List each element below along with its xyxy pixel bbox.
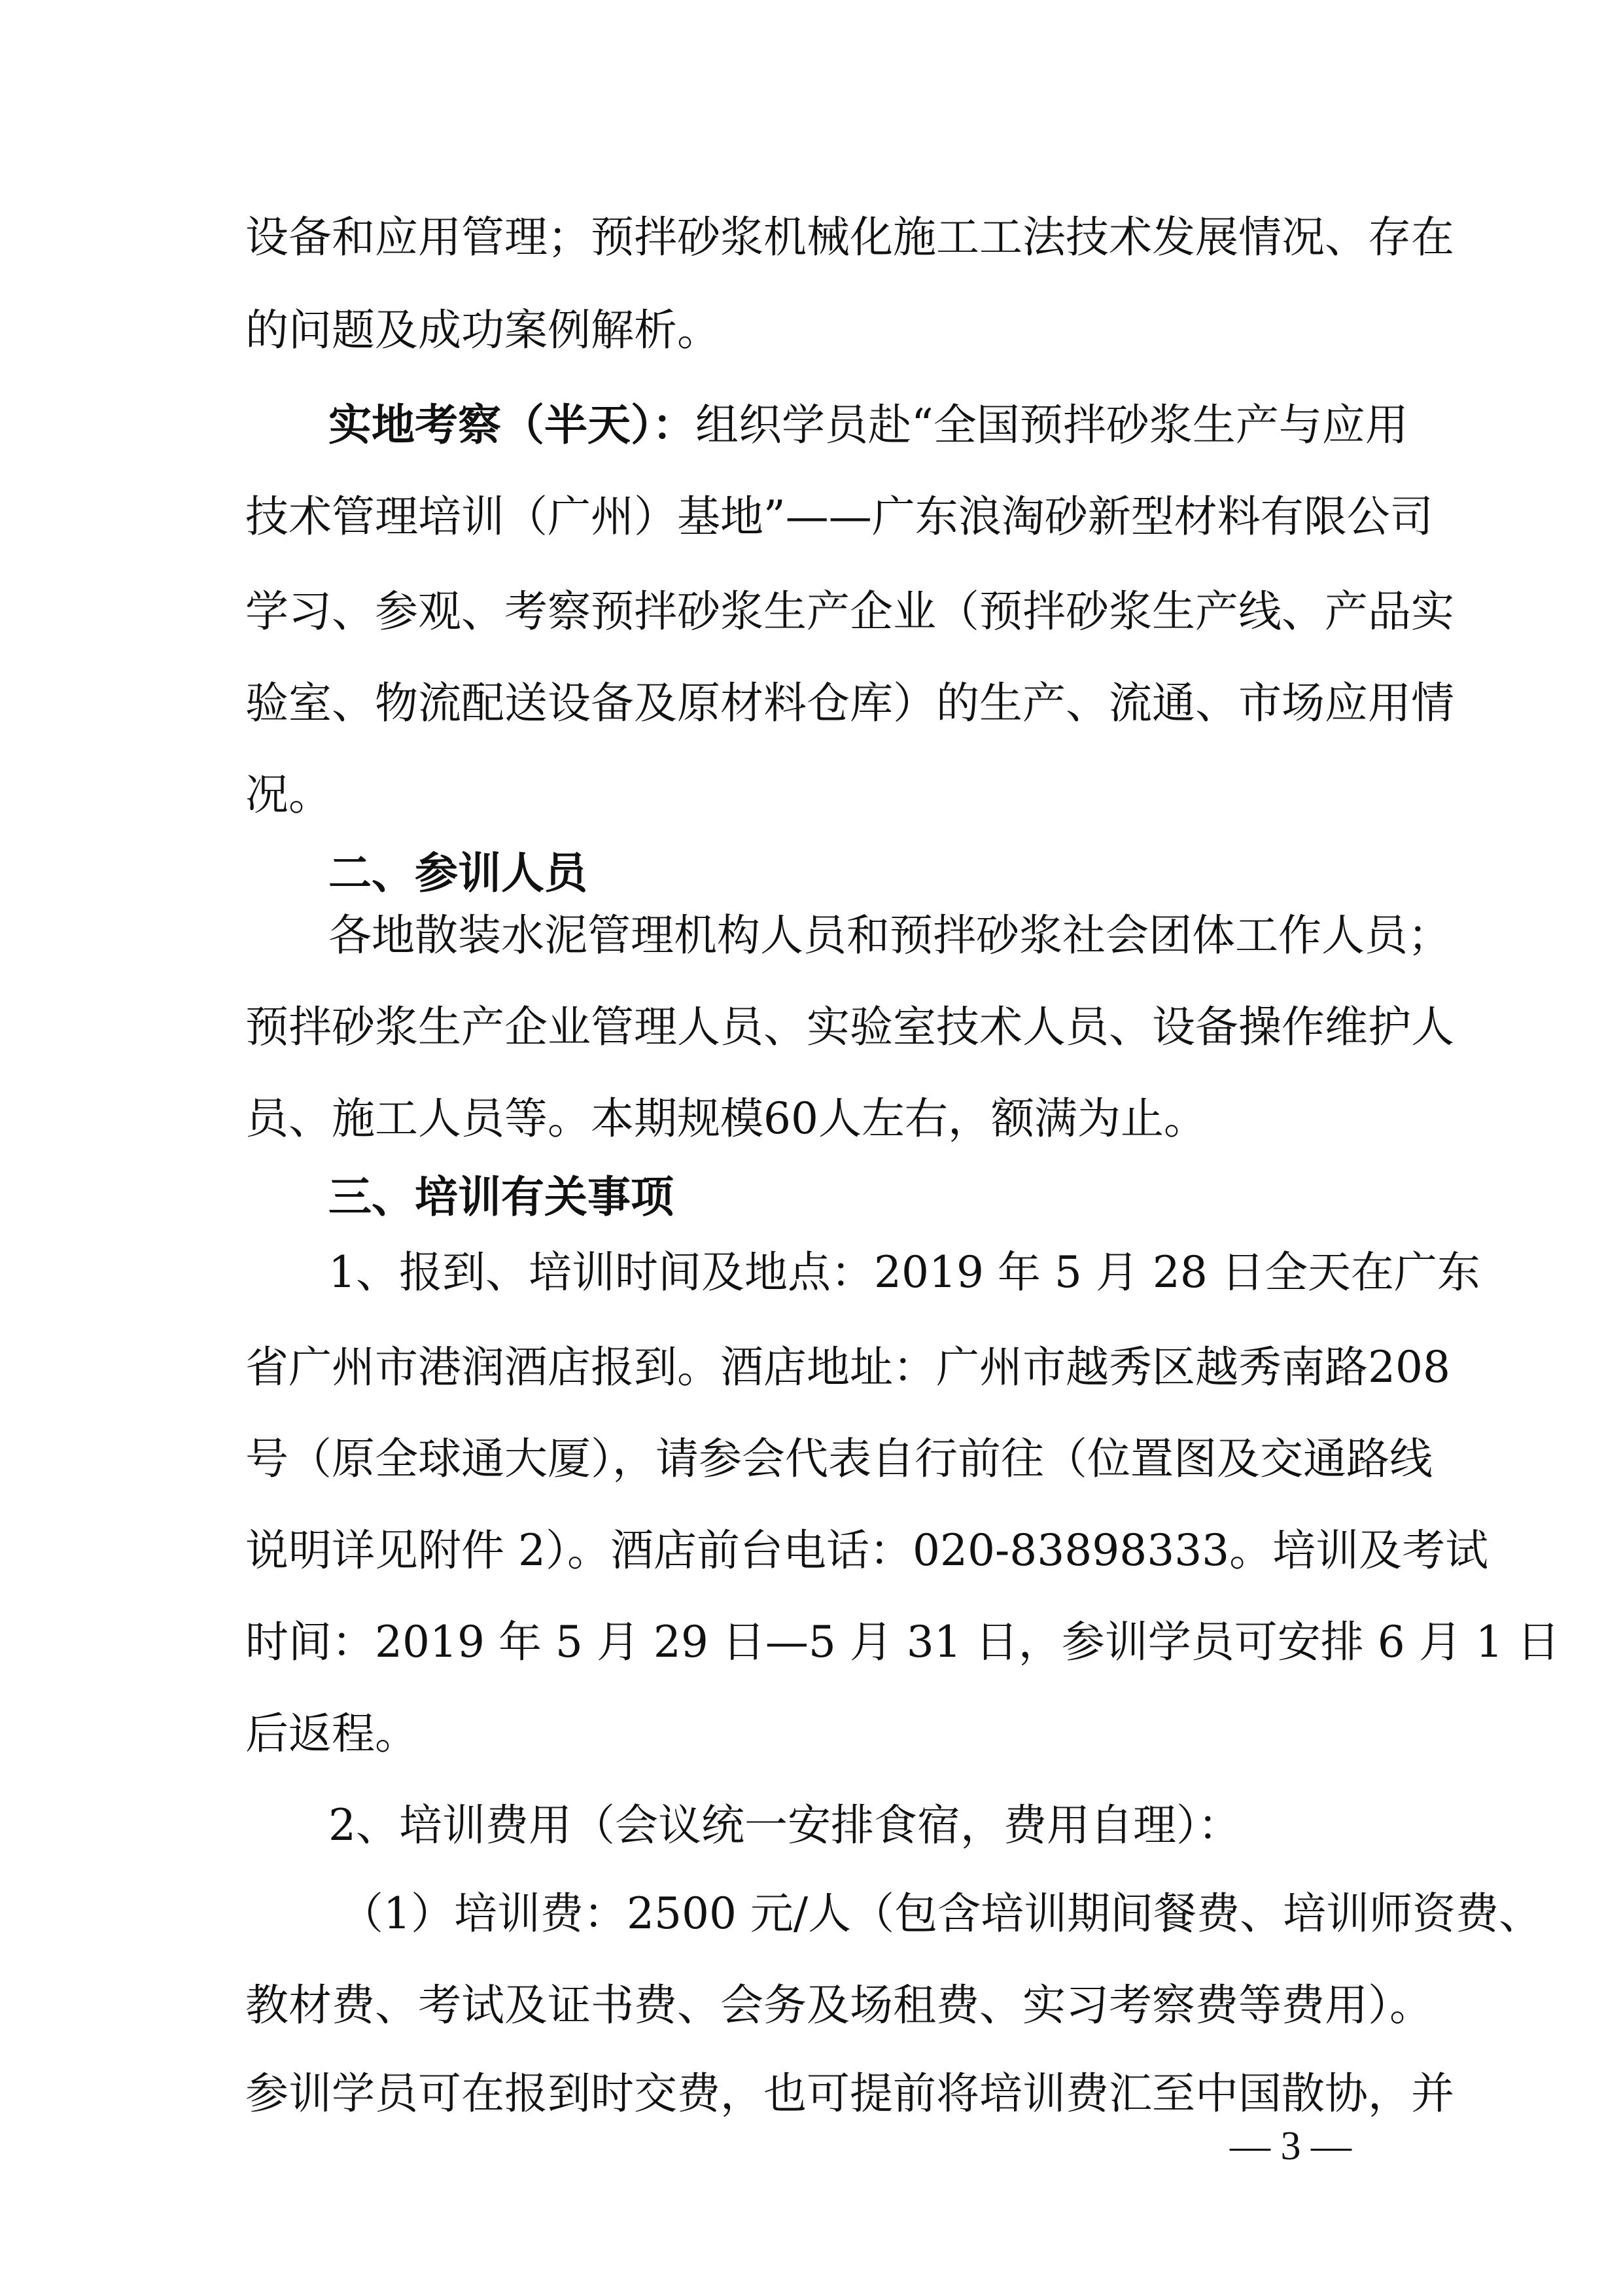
paragraph-line: 2、培训费用（会议统一安排食宿，费用自理）： [328,1793,1380,1858]
section-heading-training-matters: 三、培训有关事项 [328,1165,1380,1230]
paragraph-line: （1）培训费：2500 元/人（包含培训期间餐费、培训师资费、 [340,1881,1380,1947]
paragraph-line: 设备和应用管理；预拌砂浆机械化施工工法技术发展情况、存在 [245,205,1380,270]
paragraph-line: 各地散装水泥管理机构人员和预拌砂浆社会团体工作人员； [328,903,1380,968]
paragraph-line: 验室、物流配送设备及原材料仓库）的生产、流通、市场应用情 [245,671,1380,736]
paragraph-line: 说明详见附件 2）。酒店前台电话：020-83898333。培训及考试 [245,1518,1380,1583]
paragraph-line: 预拌砂浆生产企业管理人员、实验室技术人员、设备操作维护人 [245,995,1380,1060]
paragraph-line: 参训学员可在报到时交费，也可提前将培训费汇至中国散协，并 [245,2061,1380,2127]
field-visit-label: 实地考察（半天）： [328,400,695,450]
field-visit-text: 组织学员赴“全国预拌砂浆生产与应用 [695,400,1408,450]
field-visit-first-line: 实地考察（半天）：组织学员赴“全国预拌砂浆生产与应用 [328,393,1380,458]
paragraph-line: 后返程。 [245,1701,1380,1767]
paragraph-line: 况。 [245,762,1380,828]
paragraph-line: 员、施工人员等。本期规模60人左右，额满为止。 [245,1086,1380,1152]
paragraph-line: 省广州市港润酒店报到。酒店地址：广州市越秀区越秀南路208 [245,1335,1380,1400]
paragraph-line: 时间：2019 年 5 月 29 日—5 月 31 日，参训学员可安排 6 月 … [245,1610,1380,1675]
section-heading-participants: 二、参训人员 [328,841,1380,906]
document-page: 设备和应用管理；预拌砂浆机械化施工工法技术发展情况、存在 的问题及成功案例解析。… [0,0,1623,2296]
paragraph-line: 1、报到、培训时间及地点：2019 年 5 月 28 日全天在广东 [328,1240,1380,1305]
paragraph-line: 教材费、考试及证书费、会务及场租费、实习考察费等费用）。 [245,1973,1380,2038]
paragraph-line: 技术管理培训（广州）基地”——广东浪淘砂新型材料有限公司 [245,484,1380,550]
paragraph-line: 号（原全球通大厦），请参会代表自行前往（位置图及交通路线 [245,1426,1380,1492]
paragraph-line: 学习、参观、考察预拌砂浆生产企业（预拌砂浆生产线、产品实 [245,579,1380,645]
page-number: — 3 — [1230,2120,1352,2172]
paragraph-line: 的问题及成功案例解析。 [245,298,1380,363]
